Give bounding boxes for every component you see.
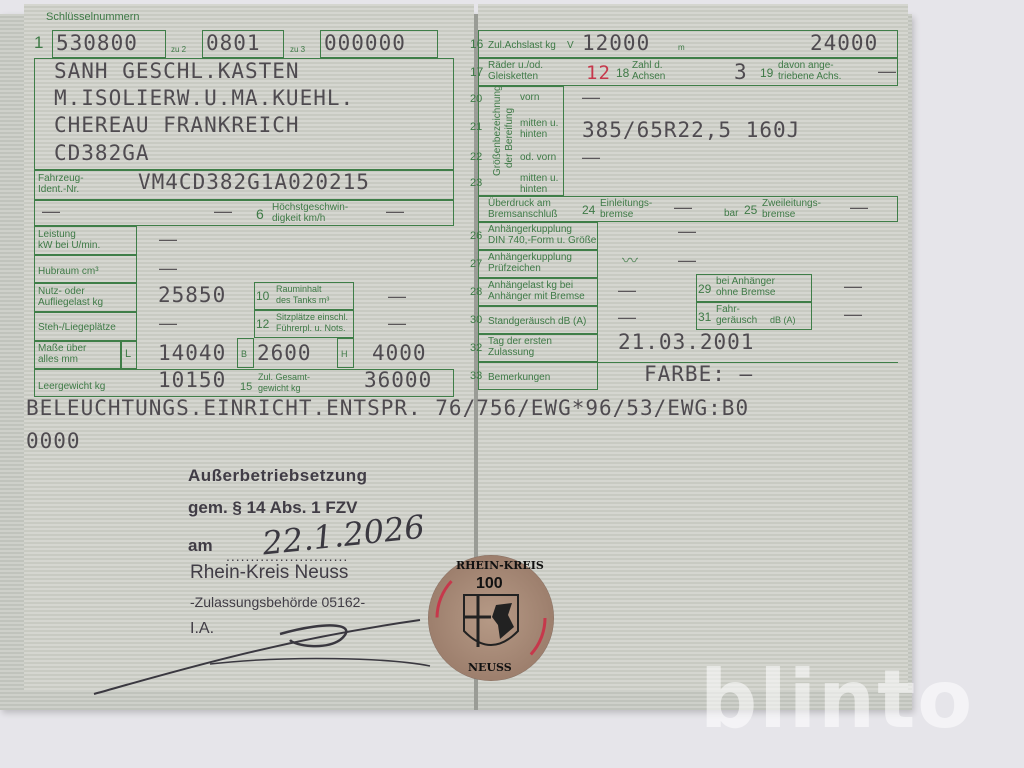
bereifung-side-label-2: der Bereifung [504, 108, 515, 168]
leergewicht-label: Leergewicht kg [38, 381, 105, 392]
remarks-line-1: BELEUCHTUNGS.EINRICHT.ENTSPR. 76/756/EWG… [26, 398, 749, 418]
angetrieben-value: — [878, 62, 896, 80]
nutzlast-value: 25850 [158, 285, 226, 305]
vin-label-1: Fahrzeug- [38, 173, 84, 184]
bereifung-side-label-1: Größenbezeichnung [492, 85, 503, 176]
standgeraeusch-value: — [618, 308, 636, 326]
achslast-v-value: 12000 [582, 33, 650, 53]
erstzulassung-value: 21.03.2001 [618, 332, 754, 352]
left-page: Schlüsselnummern 1 530800 zu 2 0801 zu 3… [24, 4, 474, 690]
tilde-mark: 〰 [622, 256, 638, 267]
ohne-bremse-label-2: ohne Bremse [716, 287, 775, 298]
field-number-23: 23 [470, 176, 482, 190]
field-number-10: 10 [256, 289, 269, 303]
einleitung-value: — [674, 198, 692, 216]
raeder-label-1: Räder u./od. [488, 60, 543, 71]
field-number-18: 18 [616, 66, 629, 80]
field-number-31: 31 [698, 310, 711, 324]
angetrieben-label-2: triebene Achs. [778, 71, 841, 82]
field-number-17: 17 [470, 65, 483, 79]
kupplung-din-label-2: DIN 740,-Form u. Größe [488, 235, 596, 246]
speed-label-1: Höchstgeschwin- [272, 202, 348, 213]
fahrgeraeusch-value: — [844, 305, 862, 323]
masse-h-value: 4000 [372, 343, 427, 363]
kupplung-din-value: — [678, 222, 696, 240]
field-number-1: 1 [34, 36, 43, 50]
tank-label-2: des Tanks m³ [276, 295, 329, 306]
schluesselnummern-label: Schlüsselnummern [46, 12, 140, 23]
leistung-label-2: kW bei U/min. [38, 240, 100, 251]
sitzplaetze-label-1: Sitzplätze einschl. [276, 312, 348, 323]
erstzulassung-label-2: Zulassung [488, 347, 534, 358]
leistung-label-1: Leistung [38, 229, 76, 240]
bereifung-row-1-label: vorn [520, 92, 539, 103]
kupplung-din-label-1: Anhängerkupplung [488, 224, 572, 235]
hubraum-value: — [159, 259, 177, 277]
row5-value-b: — [214, 202, 232, 220]
schluessel-3-value: 000000 [324, 33, 406, 53]
description-line-1: SANH GESCHL.KASTEN [54, 61, 300, 81]
seal-number: 100 [476, 575, 503, 593]
stamp-am-label: am [188, 536, 213, 556]
field-number-26: 26 [470, 229, 482, 243]
bar-unit-label: bar [724, 208, 738, 219]
field-number-30: 30 [470, 313, 482, 327]
raeder-value: 12 [586, 63, 611, 83]
field-number-12: 12 [256, 317, 269, 331]
stamp-authority: Rhein-Kreis Neuss [190, 562, 348, 584]
field-number-27: 27 [470, 257, 482, 271]
zweileitung-value: — [850, 198, 868, 216]
rhein-kreis-neuss-seal: RHEIN-KREIS 100 NEUSS [428, 555, 554, 681]
field-number-28: 28 [470, 285, 482, 299]
bemerkungen-label: Bemerkungen [488, 372, 550, 383]
achsen-label-2: Achsen [632, 71, 665, 82]
field-number-24: 24 [582, 203, 595, 217]
field-number-15: 15 [240, 380, 252, 394]
standgeraeusch-label: Standgeräusch dB (A) [488, 316, 586, 327]
bereifung-row-4-label: mitten u. hinten [520, 173, 560, 195]
achsen-value: 3 [734, 62, 748, 82]
zu2-label: zu 2 [171, 44, 186, 55]
vin-label-2: Ident.-Nr. [38, 184, 79, 195]
masse-label-1: Maße über [38, 343, 86, 354]
angetrieben-label-1: davon ange- [778, 60, 834, 71]
vin-value: VM4CD382G1A020215 [138, 172, 370, 192]
schluessel-1-value: 530800 [56, 33, 138, 53]
einleitung-label-1: Einleitungs- [600, 198, 652, 209]
kupplung-pz-value: — [678, 251, 696, 269]
zweileitung-label-2: bremse [762, 209, 795, 220]
ueberdruck-label-2: Bremsanschluß [488, 209, 557, 220]
sitzplaetze-value: — [388, 314, 406, 332]
row5-value-a: — [42, 202, 60, 220]
field-number-21: 21 [470, 120, 482, 134]
bereifung-row-2-value: 385/65R22,5 160J [582, 120, 800, 140]
fahrgeraeusch-label-1: Fahr- [716, 304, 740, 315]
field-number-22: 22 [470, 150, 482, 164]
ohne-bremse-value: — [844, 277, 862, 295]
anhaengelast-label-1: Anhängelast kg bei [488, 280, 573, 291]
blinto-watermark-logo: blinto [700, 660, 974, 740]
schluessel-2-value: 0801 [206, 33, 261, 53]
nutzlast-label-1: Nutz- oder [38, 286, 85, 297]
seal-bottom-text: NEUSS [468, 661, 512, 674]
field-number-32: 32 [470, 341, 482, 355]
anhaengelast-value: — [618, 281, 636, 299]
achslast-v-label: V [567, 40, 574, 51]
stamp-line-1: Außerbetriebsetzung [188, 466, 368, 486]
stamp-line-2: gem. § 14 Abs. 1 FZV [188, 498, 357, 518]
ueberdruck-label-1: Überdruck am [488, 198, 551, 209]
field-number-16: 16 [470, 37, 483, 51]
masse-b-value: 2600 [257, 343, 312, 363]
speed-value: — [386, 202, 404, 220]
masse-h-label: H [341, 349, 348, 360]
sitzplaetze-label-2: Führerpl. u. Nots. [276, 323, 346, 334]
kupplung-pz-label-1: Anhängerkupplung [488, 252, 572, 263]
field-number-29: 29 [698, 282, 711, 296]
masse-l-label: L [125, 349, 131, 360]
remarks-line-2: 0000 [26, 431, 81, 451]
masse-label-2: alles mm [38, 354, 78, 365]
fahrgeraeusch-label-2: geräusch [716, 315, 757, 326]
description-line-2: M.ISOLIERW.U.MA.KUEHL. [54, 88, 354, 108]
nutzlast-label-2: Aufliegelast kg [38, 297, 103, 308]
zweileitung-label-1: Zweileitungs- [762, 198, 821, 209]
masse-l-value: 14040 [158, 343, 226, 363]
field-number-20: 20 [470, 92, 482, 106]
field-number-25: 25 [744, 203, 757, 217]
bereifung-row-1-value: — [582, 88, 600, 106]
field-number-33: 33 [470, 369, 482, 383]
bemerkungen-value: FARBE: — [644, 364, 753, 384]
stehplaetze-value: — [159, 314, 177, 332]
description-line-3: CHEREAU FRANKREICH [54, 115, 300, 135]
bereifung-row-3-label: od. vorn [520, 152, 556, 163]
field-number-19: 19 [760, 66, 773, 80]
anhaengelast-label-2: Anhänger mit Bremse [488, 291, 585, 302]
seal-top-text: RHEIN-KREIS [456, 559, 544, 572]
kupplung-pz-label-2: Prüfzeichen [488, 263, 541, 274]
hubraum-label: Hubraum cm³ [38, 266, 99, 277]
gesamtgewicht-value: 36000 [364, 370, 432, 390]
fahrgeraeusch-unit: dB (A) [770, 315, 796, 326]
ohne-bremse-label-1: bei Anhänger [716, 276, 775, 287]
leistung-value: — [159, 230, 177, 248]
tank-label-1: Rauminhalt [276, 284, 322, 295]
gesamtgewicht-label-1: Zul. Gesamt- [258, 372, 310, 383]
masse-b-label: B [241, 349, 247, 360]
achslast-h-value: 24000 [810, 33, 878, 53]
stehplaetze-label: Steh-/Liegeplätze [38, 322, 116, 333]
tank-value: — [388, 287, 406, 305]
speed-label-2: digkeit km/h [272, 213, 325, 224]
achslast-label: Zul.Achslast kg [488, 40, 556, 51]
einleitung-label-2: bremse [600, 209, 633, 220]
achsen-label-1: Zahl d. [632, 60, 663, 71]
field-number-6: 6 [256, 207, 264, 221]
gesamtgewicht-label-2: gewicht kg [258, 383, 301, 394]
bereifung-row-2-label: mitten u. hinten [520, 118, 560, 140]
erstzulassung-label-1: Tag der ersten [488, 336, 552, 347]
zu3-label: zu 3 [290, 44, 305, 55]
leergewicht-value: 10150 [158, 370, 226, 390]
achslast-m-label: m [678, 42, 685, 53]
bereifung-row-3-value: — [582, 148, 600, 166]
signature-icon [90, 600, 450, 700]
raeder-label-2: Gleisketten [488, 71, 538, 82]
description-line-4: CD382GA [54, 143, 150, 163]
